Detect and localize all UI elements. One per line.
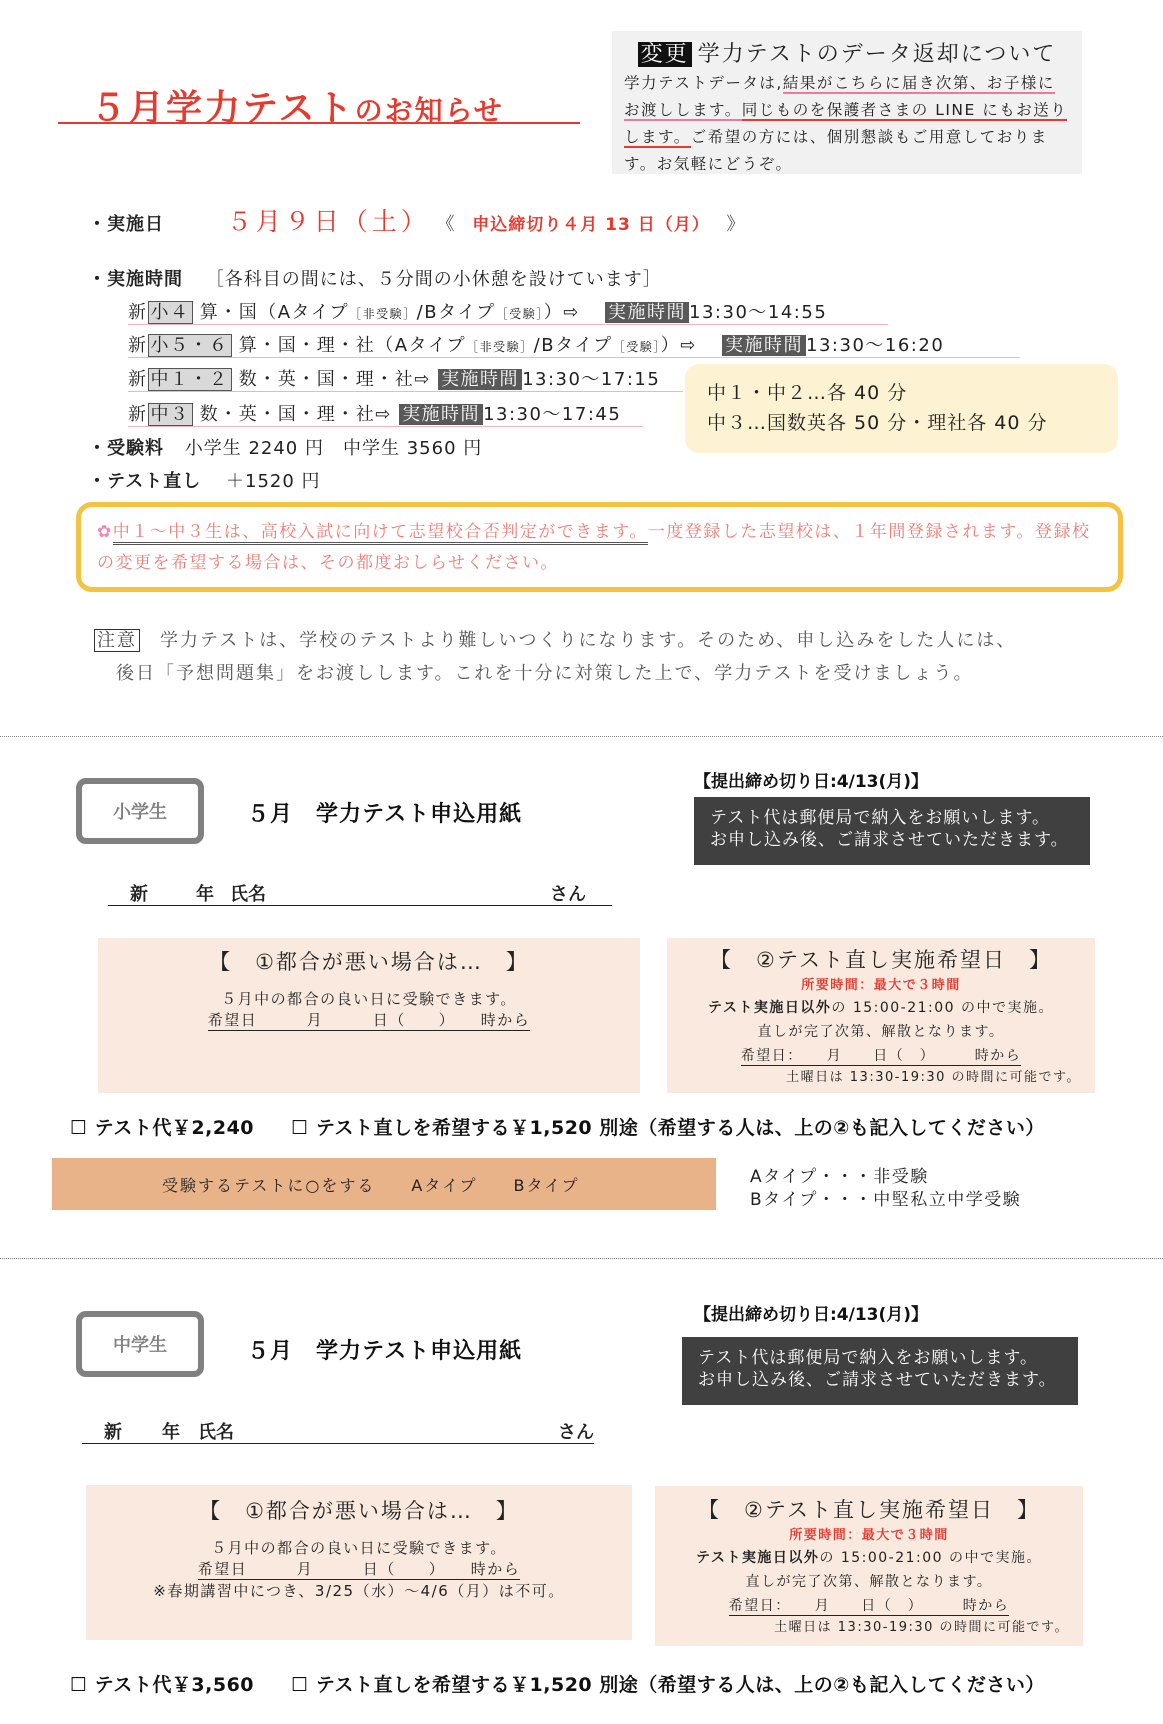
test-type-selector[interactable]: 受験するテストに○をする Aタイプ Bタイプ (52, 1158, 716, 1210)
fee-checkbox-label: テスト代￥3,560 (95, 1674, 254, 1696)
payment-text: テスト代は郵便局で納入をお願いします。 (710, 807, 1074, 829)
retest-heading: 【 ②テスト直し実施希望日 】 (667, 944, 1095, 974)
fee-checkbox-row: ☐ テスト代￥2,240 ☐ テスト直しを希望する￥1,520 別途（希望する人… (70, 1113, 1045, 1140)
notice-text: お渡しします。 (624, 101, 742, 121)
notice-text: します。 (624, 128, 691, 148)
type-note: ［非受験］ (349, 307, 417, 321)
retest-checkbox-label: テスト直しを希望する￥1,520 別途（希望する人は、上の②も記入してください） (316, 1117, 1045, 1139)
grade-box: 中３ (148, 403, 193, 426)
highlight-text: 中１〜中３生は、高校入試に向けて志望校合否判定ができます。 (113, 522, 648, 545)
notice-text: 結果がこちらに届き次第、お子様に (783, 74, 1055, 94)
fee-checkbox-row: ☐ テスト代￥3,560 ☐ テスト直しを希望する￥1,520 別途（希望する人… (70, 1670, 1045, 1697)
retest-text-bold: テスト実施日以外 (696, 1550, 819, 1566)
page-title: ５月学力テストのお知らせ (58, 80, 580, 124)
time-tag: 実施時間 (438, 369, 522, 390)
time-value: 13:30〜17:15 (522, 369, 660, 390)
grade-prefix: 新 (128, 335, 148, 356)
notice-heading: 学力テストのデータ返却について (698, 42, 1057, 67)
exam-date-row: ・実施日 ５月９日（土） 《 申込締切り４月 13 日（月） 》 (88, 202, 745, 238)
subjects: 数・英・国・理・社⇨ (200, 404, 392, 425)
retest-checkbox-label: テスト直しを希望する￥1,520 別途（希望する人は、上の②も記入してください） (316, 1674, 1045, 1696)
retest-text: 直しが完了次第、解散となります。 (667, 1021, 1095, 1041)
schedule-row: 新中３ 数・英・国・理・社⇨ 実施時間13:30〜17:45 (128, 400, 643, 427)
reschedule-date-field[interactable]: 希望日 月 日（ ） 時から (208, 1009, 531, 1031)
subjects: /Bタイプ (534, 335, 613, 356)
type-b-desc: Bタイプ・・・中堅私立中学受験 (750, 1189, 1021, 1212)
application-deadline: 申込締切り４月 13 日（月） (472, 215, 710, 235)
schedule-row: 新中１・２ 数・英・国・理・社⇨ 実施時間13:30〜17:15 (128, 365, 683, 392)
retest-checkbox[interactable]: ☐ (291, 1117, 309, 1139)
schedule-heading: ・実施時間 ［各科目の間には、５分間の小休憩を設けています］ (88, 265, 662, 291)
fee-value: 小学生 2240 円 中学生 3560 円 (185, 438, 483, 459)
fee-row: ・受験料 小学生 2240 円 中学生 3560 円 (88, 434, 482, 460)
retest-date-box: 【 ②テスト直し実施希望日 】 所要時間：最大で３時間 テスト実施日以外の 15… (667, 938, 1095, 1093)
reschedule-heading: 【 ①都合が悪い場合は… 】 (98, 946, 640, 976)
title-sub: のお知らせ (355, 94, 504, 127)
form-title: ５月 学力テスト申込用紙 (247, 797, 522, 828)
payment-text: お申し込み後、ご請求させていただきます。 (710, 829, 1074, 851)
notice-text: 学力テストデータは, (624, 74, 783, 92)
type-note: ［受験］ (496, 307, 544, 321)
title-main: ５月学力テスト (90, 88, 355, 129)
grade-badge: 中学生 (76, 1311, 204, 1377)
data-return-notice: 変更学力テストのデータ返却について 学力テストデータは,結果がこちらに届き次第、… (612, 31, 1082, 174)
saturday-note: 土曜日は 13:30-19:30 の時間に可能です。 (655, 1616, 1083, 1635)
grade-badge: 小学生 (76, 778, 204, 844)
name-suffix: さん (550, 880, 586, 906)
cut-line (0, 1258, 1163, 1259)
arrow: ）⇨ (661, 335, 697, 356)
name-field[interactable]: 新 年 氏名 さん (108, 880, 612, 906)
notice-text: ご希望の方には、個別懇談もご用意しておりま (691, 128, 1048, 146)
change-tag: 変更 (638, 42, 692, 67)
retest-date-field[interactable]: 希望日： 月 日（ ） 時から (741, 1045, 1022, 1066)
time-tag: 実施時間 (722, 335, 806, 356)
fee-label: ・受験料 (88, 438, 164, 459)
time-tag: 実施時間 (399, 404, 483, 425)
date-label: ・実施日 (88, 210, 220, 236)
name-label: 氏名 (198, 1418, 234, 1444)
name-field[interactable]: 新 年 氏名 さん (82, 1418, 594, 1444)
schedule-note: ［各科目の間には、５分間の小休憩を設けています］ (206, 269, 662, 290)
required-time: 所要時間：最大で３時間 (655, 1524, 1083, 1543)
submission-deadline: 【提出締め切り日:4/13(月)】 (694, 767, 928, 792)
time-value: 13:30〜17:45 (483, 404, 621, 425)
spring-course-note: ※春期講習中につき、3/25（水）〜4/6（月）は不可。 (86, 1580, 632, 1601)
retest-text: 直しが完了次第、解散となります。 (655, 1571, 1083, 1591)
cut-line (0, 736, 1163, 737)
schedule-row: 新小４ 算・国（Aタイプ［非受験］/Bタイプ［受験］）⇨ 実施時間13:30〜1… (128, 298, 888, 325)
name-year: 年 (196, 880, 214, 906)
submission-deadline: 【提出締め切り日:4/13(月)】 (694, 1300, 928, 1325)
subjects: 算・国・理・社（Aタイプ (239, 335, 466, 356)
grade-prefix: 新 (128, 369, 148, 390)
name-label: 氏名 (230, 880, 266, 906)
form-title: ５月 学力テスト申込用紙 (247, 1334, 522, 1365)
test-type-label: 受験するテストに○をする Aタイプ Bタイプ (162, 1173, 580, 1196)
retest-heading: 【 ②テスト直し実施希望日 】 (655, 1494, 1083, 1524)
date-value: ５月９日（土） (227, 207, 430, 236)
retest-date-box: 【 ②テスト直し実施希望日 】 所要時間：最大で３時間 テスト実施日以外の 15… (655, 1486, 1083, 1646)
grade-box: 中１・２ (148, 368, 232, 391)
time-value: 13:30〜16:20 (806, 335, 944, 356)
bracket-close: 》 (726, 214, 745, 235)
grade-box: 小５・６ (148, 334, 232, 357)
fee-checkbox-label: テスト代￥2,240 (95, 1117, 254, 1139)
retest-text: の 15:00-21:00 の中で実施。 (819, 1550, 1042, 1566)
schedule-row: 新小５・６ 算・国・理・社（Aタイプ［非受験］/Bタイプ［受験］）⇨ 実施時間1… (128, 331, 1020, 358)
school-judgement-box: ✿中１〜中３生は、高校入試に向けて志望校合否判定ができます。一度登録した志望校は… (76, 502, 1123, 592)
required-time: 所要時間：最大で３時間 (667, 974, 1095, 993)
grade-prefix: 新 (128, 302, 148, 323)
retest-checkbox[interactable]: ☐ (291, 1674, 309, 1696)
bracket-open: 《 (436, 214, 455, 235)
retest-label: ・テスト直し (88, 471, 201, 492)
duration-box: 中１・中２…各 40 分 中３…国数英各 50 分・理社各 40 分 (685, 364, 1118, 453)
payment-text: テスト代は郵便局で納入をお願いします。 (698, 1347, 1062, 1369)
caution-text: 学力テストは、学校のテストより難しいつくりになります。そのため、申し込みをした人… (160, 630, 1016, 651)
test-type-legend: Aタイプ・・・非受験 Bタイプ・・・中堅私立中学受験 (750, 1166, 1021, 1212)
flower-icon: ✿ (97, 522, 113, 542)
retest-value: ＋1520 円 (226, 471, 321, 492)
name-year: 年 (162, 1418, 180, 1444)
reschedule-text: ５月中の都合の良い日に受験できます。 (86, 1537, 632, 1558)
reschedule-box: 【 ①都合が悪い場合は… 】 ５月中の都合の良い日に受験できます。 希望日 月 … (98, 938, 640, 1093)
retest-text: の 15:00-21:00 の中で実施。 (831, 1000, 1054, 1016)
payment-text: お申し込み後、ご請求させていただきます。 (698, 1369, 1062, 1391)
type-note: ［非受験］ (466, 340, 534, 354)
payment-note: テスト代は郵便局で納入をお願いします。 お申し込み後、ご請求させていただきます。 (694, 797, 1090, 865)
time-tag: 実施時間 (605, 302, 689, 323)
name-new: 新 (130, 880, 148, 906)
retest-row: ・テスト直し ＋1520 円 (88, 467, 321, 493)
grade-prefix: 新 (128, 404, 148, 425)
notice-body: 学力テストデータは,結果がこちらに届き次第、お子様に お渡しします。同じものを保… (624, 70, 1070, 178)
fee-checkbox[interactable]: ☐ (70, 1117, 88, 1139)
reschedule-date-field[interactable]: 希望日 月 日（ ） 時から (198, 1558, 521, 1580)
time-value: 13:30〜14:55 (689, 302, 827, 323)
reschedule-text: ５月中の都合の良い日に受験できます。 (98, 988, 640, 1009)
saturday-note: 土曜日は 13:30-19:30 の時間に可能です。 (667, 1066, 1095, 1085)
type-a-desc: Aタイプ・・・非受験 (750, 1166, 1021, 1189)
caution-note: 注意学力テストは、学校のテストより難しいつくりになります。そのため、申し込みをし… (94, 624, 1134, 690)
name-new: 新 (104, 1418, 122, 1444)
caution-tag: 注意 (94, 629, 140, 652)
duration-line: 中３…国数英各 50 分・理社各 40 分 (707, 408, 1096, 438)
type-note: ［受験］ (613, 340, 661, 354)
notice-text: 同じものを保護者さまの LINE にもお送り (742, 101, 1067, 121)
reschedule-box: 【 ①都合が悪い場合は… 】 ５月中の都合の良い日に受験できます。 希望日 月 … (86, 1485, 632, 1640)
reschedule-heading: 【 ①都合が悪い場合は… 】 (86, 1495, 632, 1525)
payment-note: テスト代は郵便局で納入をお願いします。 お申し込み後、ご請求させていただきます。 (682, 1337, 1078, 1405)
schedule-label: ・実施時間 (88, 269, 183, 290)
arrow: ）⇨ (544, 302, 580, 323)
retest-date-field[interactable]: 希望日： 月 日（ ） 時から (729, 1595, 1010, 1616)
name-suffix: さん (558, 1418, 594, 1444)
subjects: 算・国（Aタイプ (200, 302, 349, 323)
subjects: /Bタイプ (417, 302, 496, 323)
grade-box: 小４ (148, 301, 193, 324)
duration-line: 中１・中２…各 40 分 (707, 378, 1096, 408)
retest-text-bold: テスト実施日以外 (708, 1000, 831, 1016)
notice-text: す。お気軽にどうぞ。 (624, 155, 792, 173)
fee-checkbox[interactable]: ☐ (70, 1674, 88, 1696)
subjects: 数・英・国・理・社⇨ (239, 369, 431, 390)
caution-text: 後日「予想問題集」をお渡しします。これを十分に対策した上で、学力テストを受けまし… (94, 657, 1134, 690)
